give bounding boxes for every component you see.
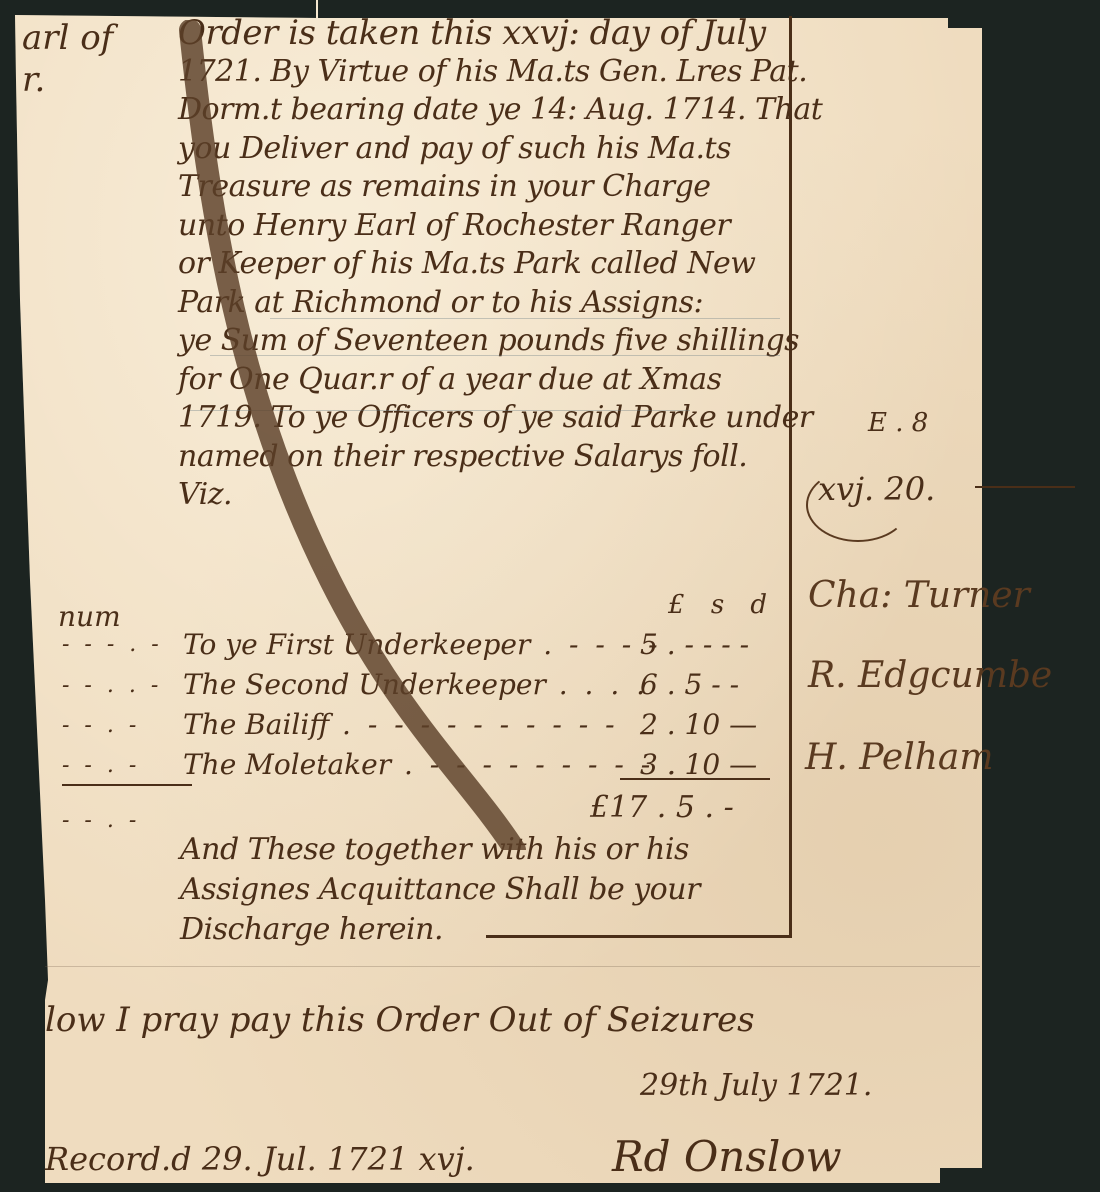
box-right-border	[789, 16, 792, 936]
left-fragment-line1: arl of	[22, 18, 113, 58]
ledger-amount: 2 . 10 —	[640, 708, 757, 741]
body-line: 1721. By Virtue of his Ma.ts Gen. Lres P…	[178, 53, 822, 92]
body-line: named on their respective Salarys foll.	[178, 438, 822, 477]
left-margin-fragment: arl of r.	[22, 18, 113, 100]
total-rule	[620, 778, 770, 780]
record-line: Record.d 29. Jul. 1721 xvj.	[45, 1140, 475, 1178]
ledger-row: The Moletaker . - - - - - - - - - .	[183, 748, 680, 781]
body-line: you Deliver and pay of such his Ma.ts	[178, 130, 822, 169]
ledger-row-label: The Moletaker	[183, 748, 391, 781]
paper-fold-line	[45, 966, 980, 967]
ledger-leader: - - . -	[62, 808, 140, 833]
ledger-total: £17 . 5 . -	[590, 790, 734, 825]
body-line: 1719. To ye Officers of ye said Parke un…	[178, 399, 822, 438]
closing-line: Discharge herein.	[180, 910, 700, 950]
body-line: for One Quar.r of a year due at Xmas	[178, 361, 822, 400]
ruled-line	[190, 410, 690, 411]
order-body-text: Order is taken this xxvj: day of July 17…	[178, 14, 822, 515]
body-line: Treasure as remains in your Charge	[178, 168, 822, 207]
signature-edgcumbe: R. Edgcumbe	[808, 655, 1052, 696]
closing-line: And These together with his or his	[180, 830, 700, 870]
ruled-line	[210, 355, 780, 356]
shillings-header: s	[711, 590, 724, 620]
body-line: Park at Richmond or to his Assigns:	[178, 284, 822, 323]
body-line: Order is taken this xxvj: day of July	[178, 14, 822, 53]
ledger-amount: 3 . 10 —	[640, 748, 757, 781]
signature-pelham: H. Pelham	[805, 737, 994, 778]
reference-top: E . 8	[868, 408, 928, 438]
ledger-leader: - - . -	[62, 713, 140, 738]
order-date: 29th July 1721.	[640, 1068, 872, 1103]
ledger-leader: - - . . -	[62, 673, 162, 698]
reference-rule	[975, 486, 1075, 488]
currency-header: £ s d	[668, 590, 767, 620]
ledger-row-label: The Second Underkeeper	[183, 668, 546, 701]
pay-instruction: low I pray pay this Order Out of Seizure…	[45, 1000, 755, 1040]
ledger-amount: 5 . - - - -	[640, 628, 749, 661]
box-bottom-border	[486, 935, 792, 938]
ledger-leader: - - - . -	[62, 632, 163, 657]
signature-turner: Cha: Turner	[808, 575, 1030, 616]
reference-flourish	[806, 468, 910, 542]
ledger-left-fragment: num	[58, 600, 121, 633]
body-line: Viz.	[178, 476, 822, 515]
ledger-amount: 6 . 5 - -	[640, 668, 739, 701]
ledger-left-rule	[62, 784, 192, 786]
ledger-row: The Second Underkeeper . . . .	[183, 668, 649, 701]
left-fragment-line2: r.	[22, 60, 113, 100]
body-line: or Keeper of his Ma.ts Park called New	[178, 245, 822, 284]
ledger-row: The Bailiff . - - - - - - - - - -	[183, 708, 619, 741]
ledger-row: To ye First Underkeeper . - - - -	[183, 628, 662, 661]
body-line: Dorm.t bearing date ye 14: Aug. 1714. Th…	[178, 91, 822, 130]
signer-onslow: Rd Onslow	[612, 1132, 842, 1181]
closing-text: And These together with his or his Assig…	[180, 830, 700, 950]
ruled-line	[270, 318, 780, 319]
pounds-header: £	[668, 590, 685, 620]
ledger-leader: - - . -	[62, 753, 140, 778]
pence-header: d	[750, 590, 767, 620]
body-line: unto Henry Earl of Rochester Ranger	[178, 207, 822, 246]
ledger-row-label: The Bailiff	[183, 708, 329, 741]
ledger-row-label: To ye First Underkeeper	[183, 628, 530, 661]
closing-line: Assignes Acquittance Shall be your	[180, 870, 700, 910]
